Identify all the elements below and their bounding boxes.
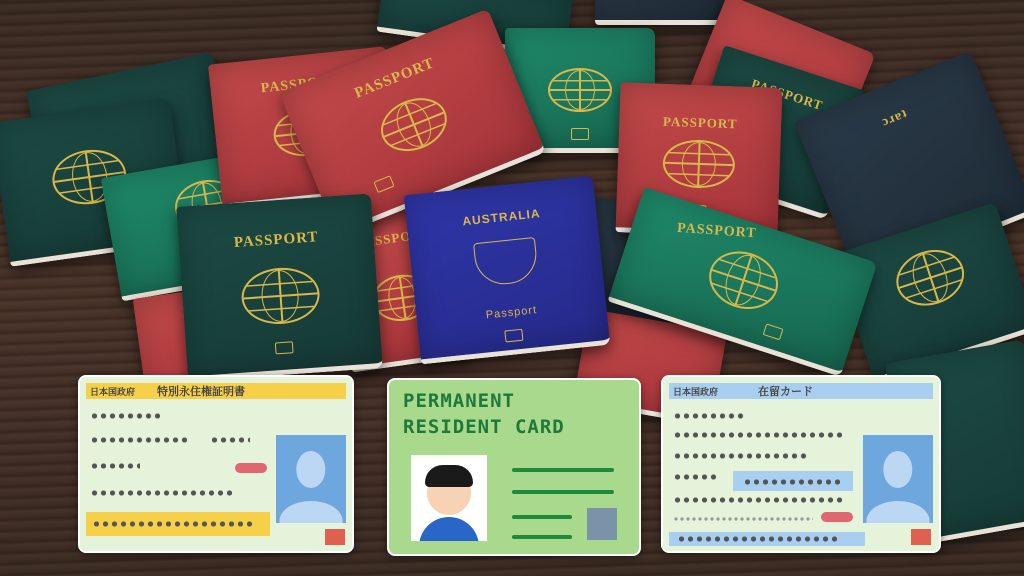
text-placeholder (743, 479, 843, 485)
permanent-resident-card: PERMANENT RESIDENT CARD (387, 378, 641, 556)
id-photo-boy (411, 455, 487, 541)
text-line (512, 490, 614, 494)
passport-pile-scene: PASSPORT PASSPORT ɔɹɐʇ PASSPORT PASSPORT… (0, 0, 1024, 576)
passport-title: PASSPORT (178, 225, 374, 256)
text-placeholder (90, 413, 160, 419)
passport-country: AUSTRALIA (406, 200, 596, 234)
chip-icon (373, 175, 394, 193)
residence-card: 日本国政府 在留カード (661, 375, 941, 553)
id-photo-silhouette (863, 435, 933, 523)
text-placeholder (673, 474, 718, 480)
text-placeholder (673, 453, 808, 459)
text-placeholder (673, 497, 843, 503)
text-placeholder (92, 521, 252, 527)
special-permanent-resident-certificate-card: 日本国政府 特別永住権証明書 (78, 375, 354, 553)
passport-australia: AUSTRALIA Passport (404, 176, 611, 365)
card-title: 特別永住権証明書 (157, 383, 245, 399)
passport-title: PASSPORT (619, 112, 781, 134)
text-placeholder (210, 437, 250, 443)
chip-icon (274, 341, 293, 354)
card-header-band: 日本国政府 特別永住権証明書 (86, 383, 346, 399)
globe-icon (548, 68, 612, 112)
globe-icon (373, 89, 455, 161)
text-placeholder (673, 413, 743, 419)
text-line (512, 535, 572, 539)
seal-stamp (325, 529, 345, 545)
red-stamp (235, 463, 267, 473)
card-issuer: 日本国政府 (90, 385, 135, 398)
card-title: 在留カード (758, 383, 813, 399)
text-placeholder (90, 437, 190, 443)
chip-icon (571, 128, 589, 140)
text-placeholder (673, 517, 813, 521)
chip-icon (504, 329, 523, 343)
card-title: PERMANENT RESIDENT CARD (403, 388, 565, 440)
red-stamp (821, 512, 853, 522)
seal-stamp (911, 529, 931, 545)
passport (595, 0, 725, 25)
text-placeholder (673, 432, 843, 438)
globe-icon (239, 265, 321, 326)
passport: PASSPORT (176, 193, 383, 381)
text-placeholder (90, 463, 140, 469)
globe-icon (662, 139, 736, 189)
text-line (512, 515, 572, 519)
chip-square (587, 508, 617, 540)
card-issuer: 日本国政府 (673, 385, 718, 398)
id-photo-silhouette (276, 435, 346, 523)
text-placeholder (90, 490, 235, 496)
text-line (512, 468, 614, 472)
coat-of-arms-icon (473, 237, 539, 287)
card-header-band: 日本国政府 在留カード (669, 383, 933, 399)
globe-icon (701, 243, 785, 318)
globe-icon (889, 241, 971, 314)
chip-icon (762, 323, 783, 340)
text-placeholder (677, 536, 837, 542)
passport-label: Passport (416, 297, 606, 329)
